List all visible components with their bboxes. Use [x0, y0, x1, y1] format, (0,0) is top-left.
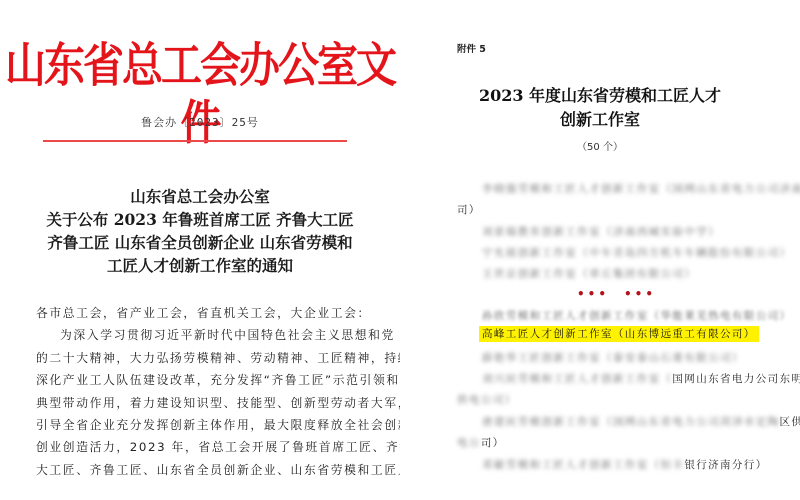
header-divider	[43, 140, 347, 142]
visible-part: 银行济南分行）	[684, 459, 767, 471]
body-line: 大工匠、齐鲁工匠、山东省全员创新企业、山东省劳模和工匠人	[36, 459, 346, 481]
body-line: 典型带动作用，着力建设知识型、技能型、创新型劳动者大军，	[36, 392, 346, 414]
list-entry-continuation: 司）	[457, 202, 481, 217]
body-line: 引导全省企业充分发挥创新主体作用，最大限度释放全社会创新	[36, 414, 346, 436]
document-header: 山东省总工会办公室文件	[0, 37, 400, 152]
highlighted-entry-text: 高峰工匠人才创新工作室（山东博远重工有限公司）	[479, 326, 759, 342]
list-entry-blurred: 王世京创新工作室（章丘集团有限公司）	[482, 266, 696, 281]
notice-title-line: 山东省总工会办公室	[0, 185, 400, 208]
list-entry-partial: 刘兴民劳模和工匠人才创新工作室（国网山东省电力公司东明县	[482, 371, 800, 386]
list-entry-continuation: 供电公司）	[457, 392, 517, 407]
visible-part: 司）	[481, 437, 505, 449]
attachment-label: 附件 5	[457, 41, 486, 55]
list-entry-partial: 唐建民劳模创新工作室（国网山东省电力公司菏泽市定陶区供	[482, 414, 800, 429]
omitted-entries-marker: •••	[577, 287, 609, 301]
list-entry-highlighted: 高峰工匠人才创新工作室（山东博远重工有限公司）	[479, 326, 759, 341]
document-number: 鲁会办〔2023〕25号	[0, 114, 400, 130]
blurred-part: 刘兴民劳模和工匠人才创新工作室（	[482, 373, 672, 385]
notice-title-line: 工匠人才创新工作室的通知	[0, 254, 400, 277]
notice-page: 山东省总工会办公室文件 鲁会办〔2023〕25号 山东省总工会办公室 关于公布 …	[0, 0, 400, 500]
notice-title: 山东省总工会办公室 关于公布 2023 年鲁班首席工匠 齐鲁大工匠 齐鲁工匠 山…	[0, 185, 400, 277]
list-entry-continuation: 电公司）	[457, 435, 505, 450]
list-entry-blurred: 李晓强劳模和工匠人才创新工作室（国网山东省电力公司济南供电公	[482, 181, 800, 196]
notice-body: 各市总工会，省产业工会，省直机关工会，大企业工会： 为深入学习贯彻习近平新时代中…	[36, 302, 346, 481]
list-entry-blurred: 薛艳华工匠创新工作室（泰安泰山石膏有限公司）	[482, 350, 744, 365]
body-line: 为深入学习贯彻习近平新时代中国特色社会主义思想和党	[36, 324, 346, 346]
list-entry-partial: 邓敏劳模和工匠人才创新工作室（恒丰银行济南分行）	[482, 457, 768, 472]
list-title-line: 创新工作室	[400, 108, 800, 132]
list-entry-blurred: 宁允展创新工作室（中车青岛四方机车车辆股份有限公司）	[482, 245, 791, 260]
salutation: 各市总工会，省产业工会，省直机关工会，大企业工会：	[36, 302, 346, 324]
omitted-entries-marker: •••	[624, 287, 656, 301]
body-line: 深化产业工人队伍建设改革，充分发挥“齐鲁工匠”示范引领和	[36, 369, 346, 391]
list-title-line: 2023 年度山东省劳模和工匠人才	[400, 84, 800, 108]
visible-part: 区供	[780, 416, 800, 428]
visible-part: 国网山东省电力公司东明县	[672, 373, 800, 385]
blurred-part: 电公	[457, 437, 481, 449]
blurred-part: 邓敏劳模和工匠人才创新工作室（恒丰	[482, 459, 684, 471]
blurred-part: 唐建民劳模创新工作室（国网山东省电力公司菏泽市定陶	[482, 416, 780, 428]
body-line: 的二十大精神，大力弘扬劳模精神、劳动精神、工匠精神，持续	[36, 347, 346, 369]
notice-title-line: 关于公布 2023 年鲁班首席工匠 齐鲁大工匠	[0, 208, 400, 231]
body-line: 创业创造活力，2023 年，省总工会开展了鲁班首席工匠、齐鲁	[36, 436, 346, 458]
notice-title-line: 齐鲁工匠 山东省全员创新企业 山东省劳模和	[0, 231, 400, 254]
list-entry-blurred: 刘景瑞教育创新工作室（济南西城实验中学）	[482, 224, 720, 239]
list-title: 2023 年度山东省劳模和工匠人才 创新工作室	[400, 84, 800, 132]
list-count: （50 个）	[400, 138, 800, 153]
list-entry-blurred: 孙欣劳模和工匠人才创新工作室（华能莱芜热电有限公司）	[482, 308, 791, 323]
